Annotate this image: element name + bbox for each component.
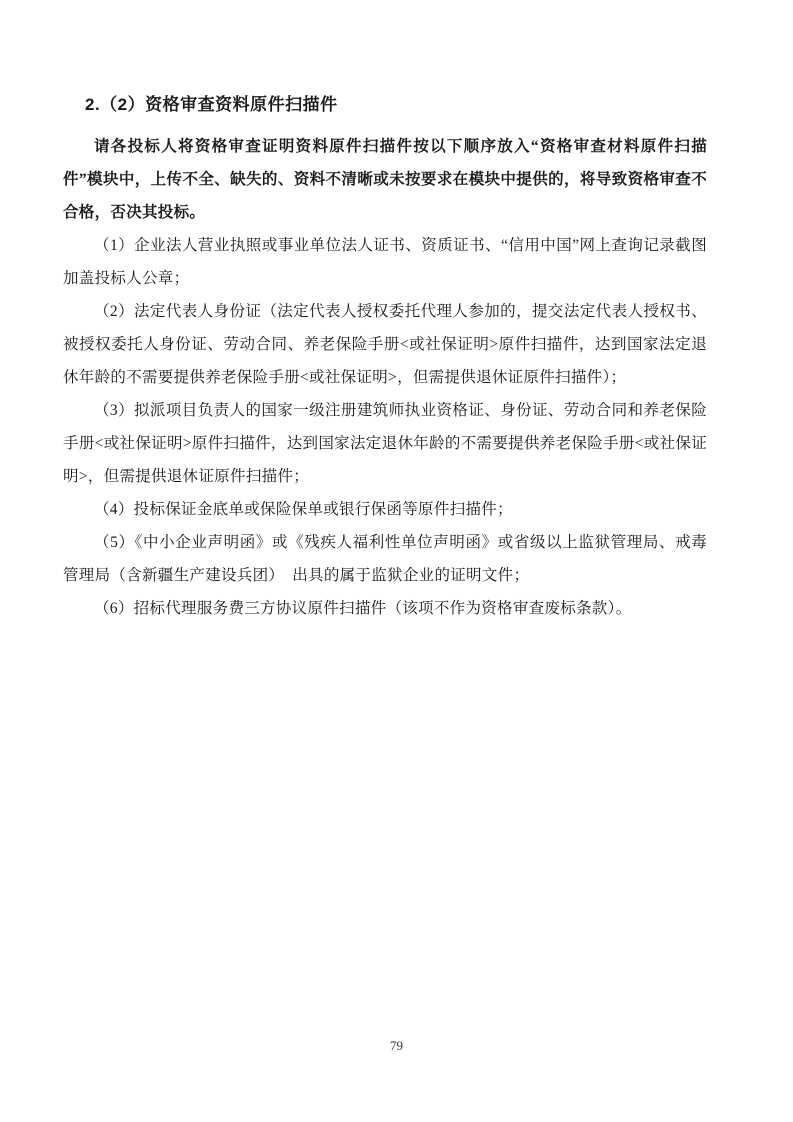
intro-paragraph: 请各投标人将资格审查证明资料原件扫描件按以下顺序放入“资格审查材料原件扫描件”模…: [63, 130, 707, 229]
requirement-item-2: （2）法定代表人身份证（法定代表人授权委托代理人参加的，提交法定代表人授权书、被…: [63, 295, 707, 394]
requirement-item-1: （1）企业法人营业执照或事业单位法人证书、资质证书、“信用中国”网上查询记录截图…: [63, 229, 707, 295]
page-number: 79: [0, 1038, 793, 1054]
document-body: 2.（2）资格审查资料原件扫描件 请各投标人将资格审查证明资料原件扫描件按以下顺…: [63, 88, 707, 625]
requirement-item-4: （4）投标保证金底单或保险保单或银行保函等原件扫描件；: [63, 493, 707, 526]
section-heading: 2.（2）资格审查资料原件扫描件: [85, 88, 707, 121]
document-page: 2.（2）资格审查资料原件扫描件 请各投标人将资格审查证明资料原件扫描件按以下顺…: [0, 0, 793, 1122]
requirement-item-5: （5）《中小企业声明函》或《残疾人福利性单位声明函》或省级以上监狱管理局、戒毒管…: [63, 526, 707, 592]
requirement-item-3: （3）拟派项目负责人的国家一级注册建筑师执业资格证、身份证、劳动合同和养老保险手…: [63, 394, 707, 493]
requirement-item-6: （6）招标代理服务费三方协议原件扫描件（该项不作为资格审查废标条款）。: [63, 592, 707, 625]
